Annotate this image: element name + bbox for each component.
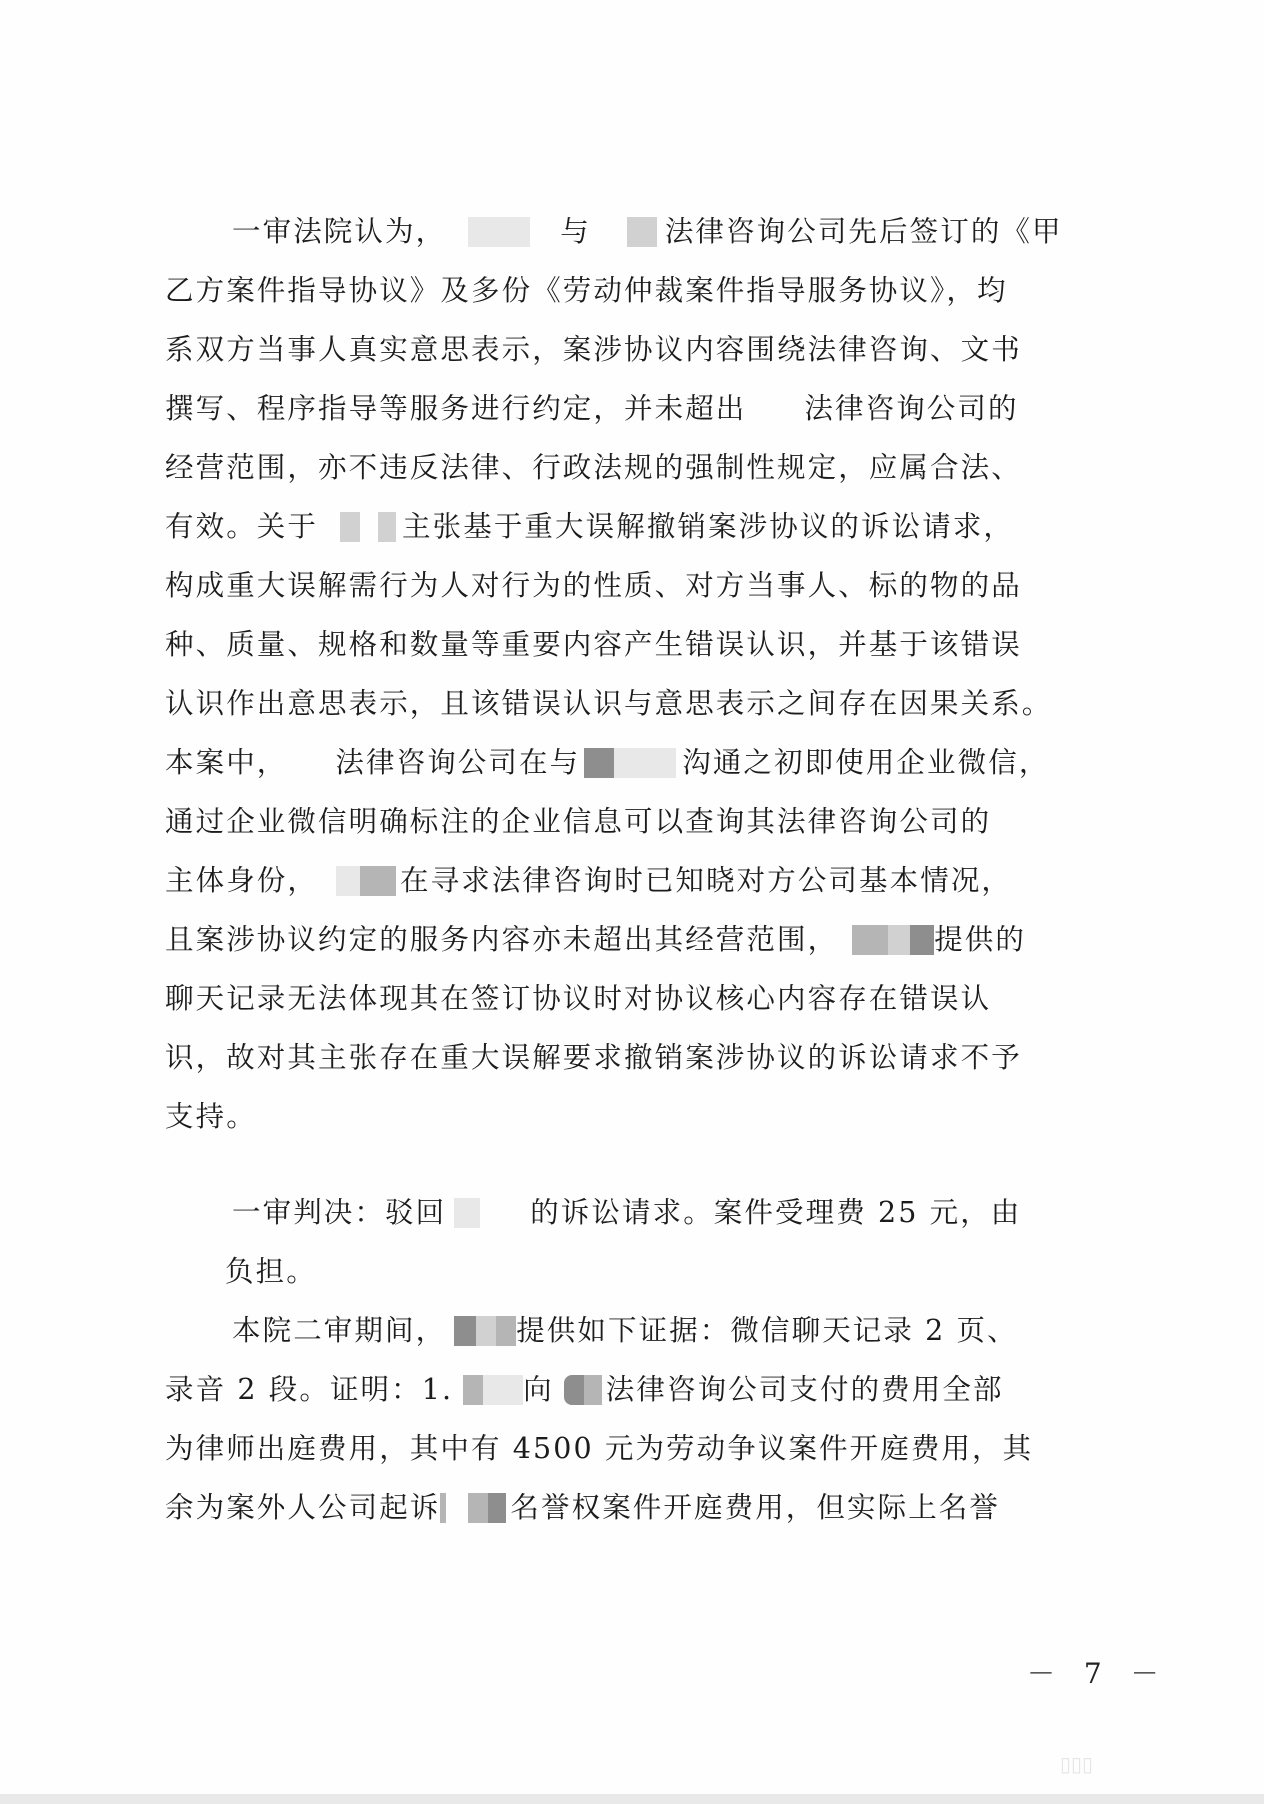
redaction-block bbox=[564, 1375, 584, 1405]
text-segment: 录音 2 段。证明：1. bbox=[165, 1370, 453, 1410]
text-line: 为律师出庭费用，其中有 4500 元为劳动争议案件开庭费用，其 bbox=[165, 1429, 1100, 1469]
watermark: ▯▯▯ bbox=[1060, 1752, 1093, 1776]
text-segment: 负担。 bbox=[225, 1252, 317, 1292]
document-page: 一审法院认为， 与 法律咨询公司先后签订的《甲 乙方案件指导协议》及多份《劳动仲… bbox=[0, 0, 1264, 1796]
redaction-block bbox=[480, 1198, 530, 1228]
text-segment: 系双方当事人真实意思表示，案涉协议内容围绕法律咨询、文书 bbox=[165, 330, 1022, 370]
text-line: 通过企业微信明确标注的企业信息可以查询其法律咨询公司的 bbox=[165, 802, 1100, 842]
text-segment: 向 bbox=[523, 1370, 554, 1410]
redaction-block bbox=[468, 1493, 488, 1523]
text-segment: 法律咨询公司支付的费用全部 bbox=[606, 1370, 1004, 1410]
text-segment: 经营范围，亦不违反法律、行政法规的强制性规定，应属合法、 bbox=[165, 448, 1022, 488]
text-line: 一审法院认为， 与 法律咨询公司先后签订的《甲 bbox=[232, 212, 1100, 252]
redaction-block bbox=[165, 1257, 225, 1287]
text-line: 种、质量、规格和数量等重要内容产生错误认识，并基于该错误 bbox=[165, 625, 1100, 665]
redaction-block bbox=[496, 1316, 516, 1346]
text-segment: 本院二审期间， bbox=[232, 1311, 446, 1351]
text-line: 且案涉协议约定的服务内容亦未超出其经营范围， 提供的 bbox=[165, 920, 1100, 960]
bottom-edge bbox=[0, 1794, 1264, 1804]
redaction-block bbox=[454, 1316, 476, 1346]
redaction-block bbox=[488, 1493, 506, 1523]
redaction-block bbox=[910, 925, 934, 955]
text-line: 乙方案件指导协议》及多份《劳动仲裁案件指导服务协议》，均 bbox=[165, 271, 1100, 311]
text-segment: 有效。关于 bbox=[165, 507, 318, 547]
redaction-block bbox=[360, 866, 396, 896]
text-segment: 乙方案件指导协议》及多份《劳动仲裁案件指导服务协议》，均 bbox=[165, 271, 1008, 311]
redaction-block bbox=[483, 1375, 523, 1405]
text-line: 经营范围，亦不违反法律、行政法规的强制性规定，应属合法、 bbox=[165, 448, 1100, 488]
redaction-block bbox=[378, 512, 396, 542]
text-segment: 种、质量、规格和数量等重要内容产生错误认识，并基于该错误 bbox=[165, 625, 1022, 665]
text-segment: 一审判决：驳回 bbox=[232, 1193, 446, 1233]
text-line: 负担。 bbox=[165, 1252, 1100, 1292]
text-line: 识，故对其主张存在重大误解要求撤销案涉协议的诉讼请求不予 bbox=[165, 1038, 1100, 1078]
text-segment: 识，故对其主张存在重大误解要求撤销案涉协议的诉讼请求不予 bbox=[165, 1038, 1022, 1078]
text-segment: 且案涉协议约定的服务内容亦未超出其经营范围， bbox=[165, 920, 838, 960]
redaction-block bbox=[852, 925, 888, 955]
text-line: 有效。关于 主张基于重大误解撤销案涉协议的诉讼请求， bbox=[165, 507, 1100, 547]
redaction-block bbox=[627, 217, 657, 247]
text-line: 本案中， 法律咨询公司在与 沟通之初即使用企业微信， bbox=[165, 743, 1100, 783]
text-segment: 主张基于重大误解撤销案涉协议的诉讼请求， bbox=[402, 507, 1014, 547]
redaction-block bbox=[463, 1375, 483, 1405]
text-line: 本院二审期间， 提供如下证据：微信聊天记录 2 页、 bbox=[232, 1311, 1100, 1351]
redaction-block bbox=[530, 217, 560, 247]
redaction-block bbox=[336, 866, 360, 896]
text-segment: 名誉权案件开庭费用，但实际上名誉 bbox=[510, 1488, 1000, 1528]
text-segment: 法律咨询公司的 bbox=[804, 389, 1018, 429]
text-segment: 为律师出庭费用，其中有 4500 元为劳动争议案件开庭费用，其 bbox=[165, 1429, 1033, 1469]
text-line: 撰写、程序指导等服务进行约定，并未超出 法律咨询公司的 bbox=[165, 389, 1100, 429]
text-segment: 认识作出意思表示，且该错误认识与意思表示之间存在因果关系。 bbox=[165, 684, 1052, 724]
redaction-block bbox=[584, 748, 614, 778]
text-segment: 提供如下证据：微信聊天记录 2 页、 bbox=[516, 1311, 1018, 1351]
text-line: 认识作出意思表示，且该错误认识与意思表示之间存在因果关系。 bbox=[165, 684, 1100, 724]
redaction-block bbox=[446, 1493, 468, 1523]
text-segment: 本案中， bbox=[165, 743, 287, 783]
page-number: － 7 － bbox=[1027, 1652, 1169, 1692]
text-segment: 沟通之初即使用企业微信， bbox=[682, 743, 1049, 783]
text-line: 主体身份， 在寻求法律咨询时已知晓对方公司基本情况， bbox=[165, 861, 1100, 901]
text-segment: 构成重大误解需行为人对行为的性质、对方当事人、标的物的品 bbox=[165, 566, 1022, 606]
redaction-block bbox=[584, 1375, 602, 1405]
redaction-block bbox=[888, 925, 910, 955]
redaction-block bbox=[287, 748, 335, 778]
redaction-block bbox=[468, 217, 530, 247]
redaction-block bbox=[454, 1198, 480, 1228]
text-segment: 主体身份， bbox=[165, 861, 318, 901]
text-line: 构成重大误解需行为人对行为的性质、对方当事人、标的物的品 bbox=[165, 566, 1100, 606]
text-segment: 法律咨询公司先后签订的《甲 bbox=[665, 212, 1063, 252]
text-segment: 通过企业微信明确标注的企业信息可以查询其法律咨询公司的 bbox=[165, 802, 991, 842]
text-segment: 在寻求法律咨询时已知晓对方公司基本情况， bbox=[400, 861, 1012, 901]
text-line: 一审判决：驳回 的诉讼请求。案件受理费 25 元，由 bbox=[232, 1193, 1100, 1233]
redaction-block bbox=[476, 1316, 496, 1346]
text-segment: 与 bbox=[560, 212, 591, 252]
text-segment: 的诉讼请求。案件受理费 25 元，由 bbox=[530, 1193, 1021, 1233]
redaction-block bbox=[340, 512, 360, 542]
text-segment: 法律咨询公司在与 bbox=[335, 743, 580, 783]
text-segment: 提供的 bbox=[934, 920, 1026, 960]
text-line: 支持。 bbox=[165, 1097, 1100, 1137]
redaction-block bbox=[614, 748, 676, 778]
text-segment: 撰写、程序指导等服务进行约定，并未超出 bbox=[165, 389, 746, 429]
text-segment: 余为案外人公司起诉 bbox=[165, 1488, 440, 1528]
text-line: 系双方当事人真实意思表示，案涉协议内容围绕法律咨询、文书 bbox=[165, 330, 1100, 370]
text-segment: 一审法院认为， bbox=[232, 212, 446, 252]
redaction-block bbox=[746, 394, 804, 424]
text-line: 余为案外人公司起诉 名誉权案件开庭费用，但实际上名誉 bbox=[165, 1488, 1100, 1528]
text-segment: 支持。 bbox=[165, 1097, 257, 1137]
text-segment: 聊天记录无法体现其在签订协议时对协议核心内容存在错误认 bbox=[165, 979, 991, 1019]
text-line: 录音 2 段。证明：1. 向 法律咨询公司支付的费用全部 bbox=[165, 1370, 1100, 1410]
text-line: 聊天记录无法体现其在签订协议时对协议核心内容存在错误认 bbox=[165, 979, 1100, 1019]
